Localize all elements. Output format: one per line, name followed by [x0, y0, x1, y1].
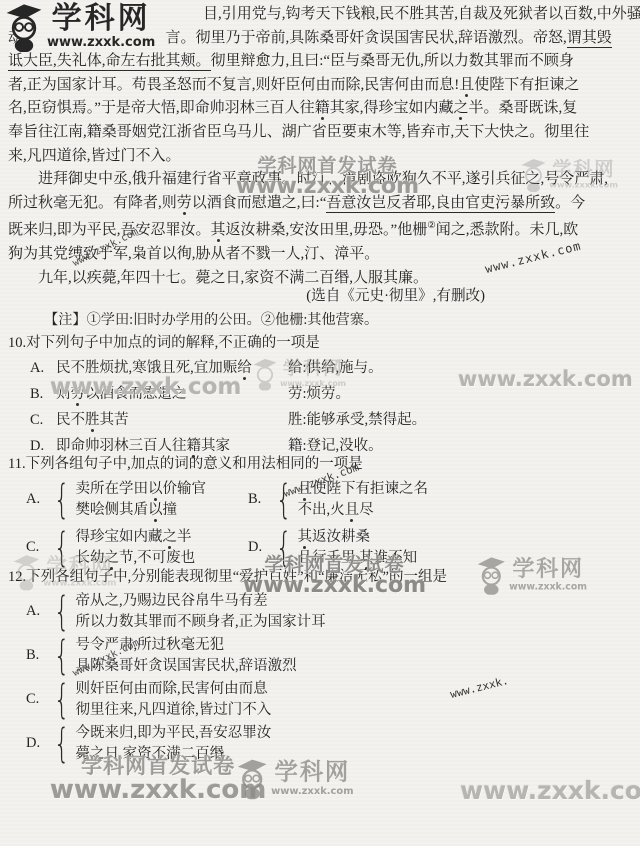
text-run: ②: [427, 221, 436, 231]
text-run: 今既来归,即为平民,吾安忍罪汝: [75, 725, 271, 741]
text-run: 之: [162, 529, 177, 545]
passage-line: 既来归,即为平民,吾安忍罪汝。其返汝耕桑,安汝田里,毋恐。”他栅②闻之,悉款附。…: [8, 215, 636, 243]
text-run: 既来归,即为平民,吾安忍罪汝。: [8, 222, 211, 238]
choice-row: A.民不胜烦扰,寒饿且死,宜加赈给给:供给,施与。: [30, 355, 632, 381]
text-run: 所过秋毫无犯。有降者,则: [8, 195, 177, 211]
choice-line: 樊哙侧其盾以撞: [75, 500, 206, 521]
text-run: 且: [459, 77, 474, 93]
passage-line: 诋大臣,失礼体,命左右批其颊。彻里辩愈力,且曰:“臣与桑哥无仇,所以力数其罪而不…: [8, 50, 636, 74]
passage-line: 名,臣窃惧焉。”于是帝大悟,即命帅羽林三百人往籍其家,得珍宝如内藏之半。桑哥既诛…: [8, 97, 636, 121]
choice-label: B.: [26, 647, 50, 664]
text-run: 目,引用党与,钩考天下钱粮,民不胜其苦,自裁及死狱者以百数,中外骚: [8, 6, 640, 22]
text-run: 其: [359, 550, 374, 566]
question-12: 12.下列各组句子中,分别能表现彻里“爱护百姓”和“廉洁无私”的一组是 A.{帝…: [8, 565, 632, 764]
text-run: 撞: [162, 502, 177, 518]
question-12-title: 12.下列各组句子中,分别能表现彻里“爱护百姓”和“廉洁无私”的一组是: [8, 565, 632, 589]
choice-line: 今既来归,即为平民,吾安忍罪汝: [75, 723, 271, 744]
text-run: 具陈桑哥奸贪误国害民状,辞语激烈: [75, 658, 296, 674]
text-run: 名,臣窃惧焉。”于是帝大悟,即命帅羽林三百人往: [8, 100, 315, 116]
brace-glyph: {: [54, 680, 70, 720]
text-run: 价输官: [162, 481, 206, 497]
text-run: 给: [237, 360, 252, 376]
choice-label: A.: [26, 603, 50, 620]
passage-line: 进拜御史中丞,俄升福建行省平章政事。时汀、漳剧盗欧狗久不平,遂引兵征之,号令严肃…: [8, 168, 636, 192]
choice-phrase: 则劳以酒食而慰遣之: [56, 381, 288, 407]
passage-line: 动。 言。彻里乃于帝前,具陈桑哥奸贪误国害民状,辞语激烈。帝怒,谓其毁: [8, 27, 636, 51]
choice-group: A.{帝从之,乃赐边民谷帛牛马有差所以力数其罪而不顾身者,正为国家计耳: [26, 591, 632, 632]
choice-label: A.: [26, 491, 50, 508]
choice-line: 且使陛下有拒谏之名: [297, 479, 428, 500]
text-run: 吾意汝岂反者耶,良由官吏污暴所致: [326, 195, 555, 213]
choice-row: C.民不胜其苦胜:能够承受,禁得起。: [30, 407, 632, 433]
text-run: 以酒食而慰遣之,曰:“: [192, 195, 327, 211]
choice-explanation: 劳:烦劳。: [288, 381, 632, 407]
text-run: 狗为其党缚致于军,枭首以徇,胁从者不戮一人,汀、漳平。: [8, 246, 379, 262]
brace-glyph: {: [54, 480, 70, 520]
passage-line: 来,凡四道徐,皆过门不入。: [8, 145, 636, 169]
choice-group: C.{则奸臣何由而除,民害何由而息彻里往来,凡四道徐,皆过门不入: [26, 679, 632, 720]
text-run: 九年,以疾薨,年四十七。薨之日,家资不满二百缗,人服其廉。: [8, 270, 428, 286]
text-run: 闻之,悉款附。未几,欧: [436, 222, 579, 238]
text-run: 且: [297, 481, 312, 497]
passage-line: 奉旨往江南,籍桑哥姻党江浙省臣乌马儿、湖广省臣要束木等,皆弃市,天下大快之。彻里…: [8, 121, 636, 145]
zxxk-logo-url: www.zxxk.com: [271, 785, 353, 795]
text-run: 其家,得珍宝如内藏: [330, 100, 454, 116]
text-run: 卖所在学田: [75, 481, 148, 497]
text-run: 则: [56, 386, 71, 402]
text-run: 劳: [71, 386, 86, 402]
choice-explanation: 给:供给,施与。: [288, 355, 632, 381]
brace-glyph: {: [54, 636, 70, 676]
text-run: 半。桑哥既诛,复: [468, 100, 577, 116]
choice-phrase: 民不胜烦扰,寒饿且死,宜加赈给: [56, 355, 288, 381]
choice-line: 号令严肃,所过秋毫无犯: [75, 635, 296, 656]
brace-glyph: {: [54, 724, 70, 764]
choice-line: 得珍宝如内藏之半: [75, 527, 195, 548]
choice-label: C.: [30, 407, 56, 433]
passage-line: 狗为其党缚致于军,枭首以徇,胁从者不戮一人,汀、漳平。: [8, 243, 636, 267]
text-run: 得珍宝如内藏: [75, 529, 162, 545]
brace-glyph: {: [54, 592, 70, 632]
scanned-exam-page: 目,引用党与,钩考天下钱粮,民不胜其苦,自裁及死狱者以百数,中外骚动。 言。彻里…: [0, 0, 640, 846]
text-run: 长幼: [75, 550, 104, 566]
choice-label: B.: [30, 381, 56, 407]
choice-lines: 号令严肃,所过秋毫无犯具陈桑哥奸贪误国害民状,辞语激烈: [75, 635, 296, 676]
choice-label: D.: [26, 735, 50, 752]
text-run: 其: [211, 222, 226, 238]
text-run: 诋大臣,失礼体,命左右批其颊。: [8, 53, 211, 71]
choice-lines: 则奸臣何由而除,民害何由而息彻里往来,凡四道徐,皆过门不入: [75, 679, 271, 720]
choice-line: 其返汝耕桑: [297, 527, 417, 548]
text-run: 民不胜烦扰,寒饿且死,宜加赈: [56, 360, 237, 376]
question-10-title: 10.对下列句子中加点的词的解释,不正确的一项是: [8, 331, 632, 355]
question-10: 10.对下列句子中加点的词的解释,不正确的一项是 A.民不胜烦扰,寒饿且死,宜加…: [8, 331, 632, 459]
text-run: 返汝耕桑: [312, 529, 370, 545]
passage-line: 目,引用党与,钩考天下钱粮,民不胜其苦,自裁及死狱者以百数,中外骚: [8, 3, 636, 27]
watermark-banner-url: www.zxxk.com: [50, 777, 266, 804]
choice-label: A.: [30, 355, 56, 381]
text-run: 且: [345, 502, 360, 518]
brace-glyph: {: [54, 528, 70, 568]
choice-phrase: 民不胜其苦: [56, 407, 288, 433]
text-run: 其: [297, 529, 312, 545]
text-run: 之: [104, 550, 119, 566]
text-run: 进拜御史中丞,俄升福建行省平章政事。时汀、漳剧盗欧狗久不平,遂引兵征之,号令严肃…: [8, 171, 608, 187]
text-run: 号令严肃,所过秋毫无犯: [75, 637, 224, 653]
text-run: 之: [453, 100, 468, 116]
text-run: 彻里辩愈力,且曰:“臣与桑哥无仇,所以力数其罪而不顾身: [211, 53, 574, 69]
question-11: 11.下列各组句子中,加点的词的意义和用法相同的一项是 A.{卖所在学田以价输官…: [8, 452, 632, 568]
brace-glyph: {: [276, 528, 292, 568]
text-run: 尽: [359, 502, 374, 518]
choice-line: 薨之日,家资不满二百缗: [75, 744, 271, 765]
choice-lines: 今既来归,即为平民,吾安忍罪汝薨之日,家资不满二百缗: [75, 723, 271, 764]
text-run: 。今: [555, 195, 585, 211]
question-11-title: 11.下列各组句子中,加点的词的意义和用法相同的一项是: [8, 452, 632, 476]
text-run: 半: [177, 529, 192, 545]
choice-line: 彻里往来,凡四道徐,皆过门不入: [75, 700, 271, 721]
zxxk-wordmark: 学科网 www.zxxk.com: [271, 760, 353, 795]
text-run: 返汝耕桑,安汝田里,毋恐。”他栅: [226, 222, 428, 238]
text-run: 动。 言。彻里乃于帝前,具陈桑哥奸贪误国害民状,辞语激烈。帝怒,: [8, 30, 567, 46]
choice-label: B.: [248, 491, 272, 508]
choice-explanation: 胜:能够承受,禁得起。: [288, 407, 632, 433]
choice-label: C.: [26, 691, 50, 708]
question-11-options: A.{卖所在学田以价输官樊哙侧其盾以撞B.{且使陛下有拒谏之名不出,火且尽C.{…: [8, 479, 632, 568]
text-run: 者,正为国家计耳。苟畏圣怒而不复言,则奸臣何由而除,民害何由而息!: [8, 77, 459, 93]
text-run: 且行千里,: [297, 550, 359, 566]
text-run: 以: [148, 502, 163, 518]
choice-label: D.: [248, 539, 272, 556]
watermark-url: www.zxxk.com: [460, 776, 640, 805]
passage-note: 【注】①学田:旧时办学用的公田。②他栅:其他营寨。: [44, 309, 378, 331]
classical-passage: 目,引用党与,钩考天下钱粮,民不胜其苦,自裁及死狱者以百数,中外骚动。 言。彻里…: [8, 3, 636, 290]
choice-lines: 卖所在学田以价输官樊哙侧其盾以撞: [75, 479, 206, 520]
choice-group: D.{其返汝耕桑且行千里,其谁不知: [248, 527, 632, 568]
text-run: 胜: [85, 412, 100, 428]
choice-group: D.{今既来归,即为平民,吾安忍罪汝薨之日,家资不满二百缗: [26, 723, 632, 764]
text-run: 使陛下有拒谏之名: [312, 481, 428, 497]
choice-line: 卖所在学田以价输官: [75, 479, 206, 500]
choice-line: 不出,火且尽: [297, 500, 428, 521]
text-run: 樊哙侧其盾: [75, 502, 148, 518]
text-run: 则奸臣何由而除,民害何由而息: [75, 681, 267, 697]
choice-lines: 且使陛下有拒谏之名不出,火且尽: [297, 479, 428, 520]
passage-source: (选自《元史·彻里》,有删改): [306, 285, 485, 307]
question-12-options: A.{帝从之,乃赐边民谷帛牛马有差所以力数其罪而不顾身者,正为国家计耳B.{号令…: [8, 591, 632, 764]
text-run: 不出,火: [297, 502, 344, 518]
choice-lines: 帝从之,乃赐边民谷帛牛马有差所以力数其罪而不顾身者,正为国家计耳: [75, 591, 325, 632]
choice-lines: 得珍宝如内藏之半长幼之节,不可废也: [75, 527, 195, 568]
passage-line: 者,正为国家计耳。苟畏圣怒而不复言,则奸臣何由而除,民害何由而息!且使陛下有拒谏…: [8, 74, 636, 98]
choice-group: C.{得珍宝如内藏之半长幼之节,不可废也: [26, 527, 248, 568]
choice-group: B.{号令严肃,所过秋毫无犯具陈桑哥奸贪误国害民状,辞语激烈: [26, 635, 632, 676]
text-run: 彻里往来,凡四道徐,皆过门不入: [75, 702, 271, 718]
question-10-options: A.民不胜烦扰,寒饿且死,宜加赈给给:供给,施与。B.则劳以酒食而慰遣之劳:烦劳…: [8, 355, 632, 459]
text-run: 薨之日,家资不满二百缗: [75, 746, 224, 762]
text-run: 以酒食而慰遣之: [85, 386, 187, 402]
text-run: 其苦: [100, 412, 129, 428]
choice-lines: 其返汝耕桑且行千里,其谁不知: [297, 527, 417, 568]
text-run: 以: [148, 481, 163, 497]
choice-row: B.则劳以酒食而慰遣之劳:烦劳。: [30, 381, 632, 407]
choice-group: B.{且使陛下有拒谏之名不出,火且尽: [248, 479, 632, 520]
choice-line: 则奸臣何由而除,民害何由而息: [75, 679, 271, 700]
choice-group: A.{卖所在学田以价输官樊哙侧其盾以撞: [26, 479, 248, 520]
text-run: 来,凡四道徐,皆过门不入。: [8, 148, 181, 164]
choice-line: 所以力数其罪而不顾身者,正为国家计耳: [75, 612, 325, 633]
text-run: 节,不可废也: [119, 550, 195, 566]
choice-line: 帝从之,乃赐边民谷帛牛马有差: [75, 591, 325, 612]
text-run: 民不: [56, 412, 85, 428]
choice-line: 具陈桑哥奸贪误国害民状,辞语激烈: [75, 656, 296, 677]
text-run: 劳: [177, 195, 192, 211]
passage-line: 所过秋毫无犯。有降者,则劳以酒食而慰遣之,曰:“吾意汝岂反者耶,良由官吏污暴所致…: [8, 192, 636, 216]
text-run: 籍: [315, 100, 330, 116]
text-run: 谁不知: [374, 550, 418, 566]
text-run: 所以力数其罪而不顾身者,正为国家计耳: [75, 614, 325, 630]
text-run: 奉旨往江南,籍桑哥姻党江浙省臣乌马儿、湖广省臣要束木等,皆弃市,天下大快之。彻里…: [8, 124, 589, 140]
text-run: 帝从之,乃赐边民谷帛牛马有差: [75, 593, 267, 609]
text-run: 谓其毁: [567, 30, 612, 48]
choice-label: C.: [26, 539, 50, 556]
text-run: 使陛下有拒谏之: [474, 77, 579, 93]
brace-glyph: {: [276, 480, 292, 520]
